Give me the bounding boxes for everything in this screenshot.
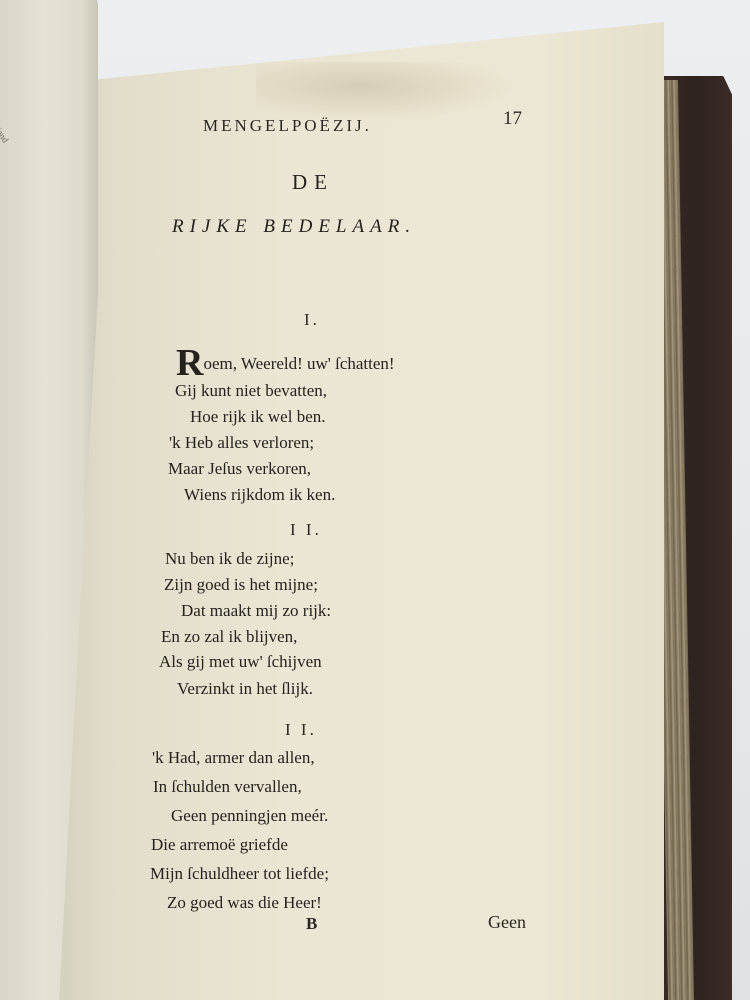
running-head: MENGELPOËZIJ. [203, 116, 372, 136]
verse-line: Zo goed was die Heer! [167, 893, 322, 913]
verse-line: En zo zal ik blijven, [161, 627, 297, 647]
verse-line: Mijn ſchuldheer tot liefde; [150, 864, 329, 884]
verse-line: Die arremoë griefde [151, 835, 288, 855]
drop-cap: R [176, 342, 203, 384]
catchword: Geen [488, 912, 526, 933]
poem-title: RIJKE BEDELAAR. [172, 216, 416, 238]
verse-line: 'k Heb alles verloren; [169, 433, 314, 453]
verse-line: Zijn goed is het mijne; [164, 575, 318, 595]
verse-line: Roem, Weereld! uw' ſchatten! [176, 344, 395, 382]
verse-line: Gij kunt niet bevatten, [175, 381, 327, 401]
stanza-number: I I. [285, 720, 317, 740]
verse-line: Geen penningjen meér. [171, 806, 328, 826]
verse-line: Hoe rijk ik wel ben. [190, 407, 326, 427]
verse-line: Dat maakt mij zo rijk: [181, 601, 331, 621]
verse-line: Verzinkt in het ſlijk. [177, 679, 313, 699]
poem-title-article: DE [292, 170, 334, 195]
verse-line: Nu ben ik de zijne; [165, 549, 294, 569]
verse-line: Maar Jeſus verkoren, [168, 459, 311, 479]
verse-line: In ſchulden vervallen, [153, 777, 302, 797]
stanza-number: I. [304, 310, 320, 330]
page-number: 17 [503, 108, 522, 130]
verse-line: Wiens rijkdom ik ken. [184, 485, 335, 505]
stanza-number: I I. [290, 520, 322, 540]
signature-mark: B [306, 914, 317, 934]
verse-line: Als gij met uw' ſchijven [159, 652, 322, 672]
verse-line: 'k Had, armer dan allen, [152, 748, 315, 768]
page-content: MENGELPOËZIJ. 17 DE RIJKE BEDELAAR. I. R… [0, 0, 750, 1000]
